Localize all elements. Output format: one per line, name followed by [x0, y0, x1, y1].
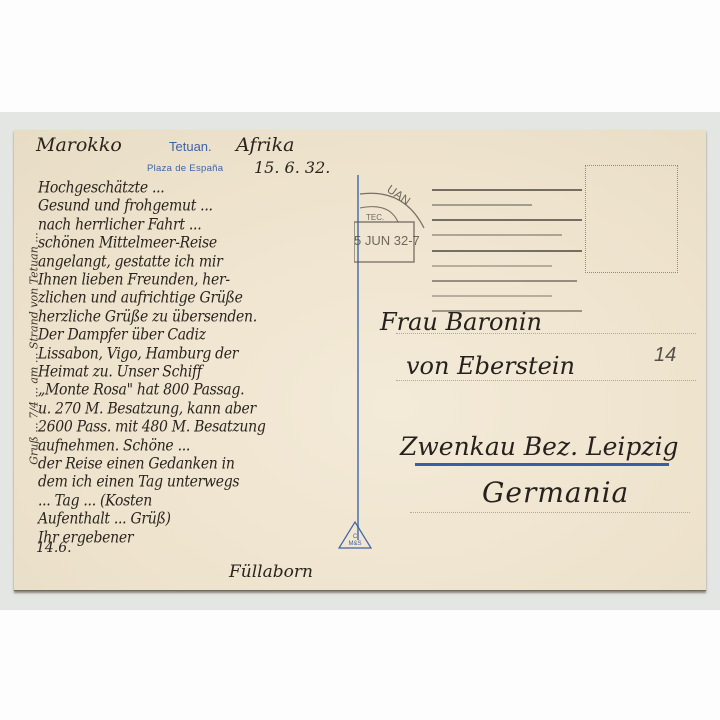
- printed-title: Tetuan.: [169, 139, 212, 154]
- address-line-guide: [410, 512, 690, 513]
- message-line: zlichen und aufrichtige Grüße: [38, 289, 243, 307]
- header-date: 15. 6. 32.: [254, 158, 330, 177]
- publisher-mark-top: C: [353, 534, 357, 540]
- message-line: Hochgeschätzte ...: [38, 179, 164, 197]
- message-line: Lissabon, Vigo, Hamburg der: [38, 344, 238, 362]
- postmark-sub: TEC.: [366, 213, 384, 222]
- message-line: 2600 Pass. mit 480 M. Besatzung: [38, 418, 266, 436]
- message-line: Gesund und frohgemut ...: [38, 197, 213, 215]
- stamp-placeholder-box: [585, 165, 678, 273]
- closing-date: 14.6.: [36, 540, 72, 556]
- message-line: herzliche Grüße zu übersenden.: [38, 308, 257, 326]
- message-line: Der Dampfer über Cadiz: [38, 326, 206, 344]
- message-line: aufnehmen. Schöne ...: [38, 436, 190, 454]
- message-line: Heimat zu. Unser Schiff: [38, 363, 202, 381]
- message-line: „Monte Rosa" hat 800 Passag.: [38, 381, 244, 399]
- message-line: schönen Mittelmeer-Reise: [38, 234, 217, 252]
- address-underline: [415, 463, 669, 466]
- header-continent: Afrika: [236, 134, 294, 156]
- printed-subtitle: Plaza de España: [147, 163, 223, 174]
- publisher-mark-bottom: M&S: [348, 541, 361, 547]
- pencil-note: 14: [654, 344, 676, 367]
- message-line: Aufenthalt ... Grüß): [38, 510, 171, 528]
- message-line: der Reise einen Gedanken in: [38, 455, 235, 473]
- message-line: u. 270 M. Besatzung, kann aber: [38, 400, 256, 418]
- postmark-date: 5 JUN 32-7: [354, 233, 420, 248]
- address-line-2: von Eberstein: [406, 352, 575, 380]
- message-line: nach herrlicher Fahrt ...: [38, 216, 201, 234]
- message-line: ... Tag ... (Kosten: [38, 492, 152, 510]
- header-country: Marokko: [36, 134, 122, 156]
- message-line: Ihnen lieben Freunden, her-: [38, 271, 230, 289]
- message-line: dem ich einen Tag unterwegs: [38, 473, 239, 491]
- address-line-3: Zwenkau Bez. Leipzig: [400, 432, 679, 461]
- address-line-1: Frau Baronin: [380, 308, 542, 336]
- message-line: angelangt, gestatte ich mir: [38, 252, 222, 270]
- address-line-guide: [396, 380, 696, 381]
- signature: Füllaborn: [229, 562, 313, 582]
- postcard: Gruß ... 7/4 ... am ... Strand von Tetua…: [14, 130, 706, 591]
- address-line-4: Germania: [482, 476, 629, 509]
- publisher-mark: C M&S: [346, 534, 364, 548]
